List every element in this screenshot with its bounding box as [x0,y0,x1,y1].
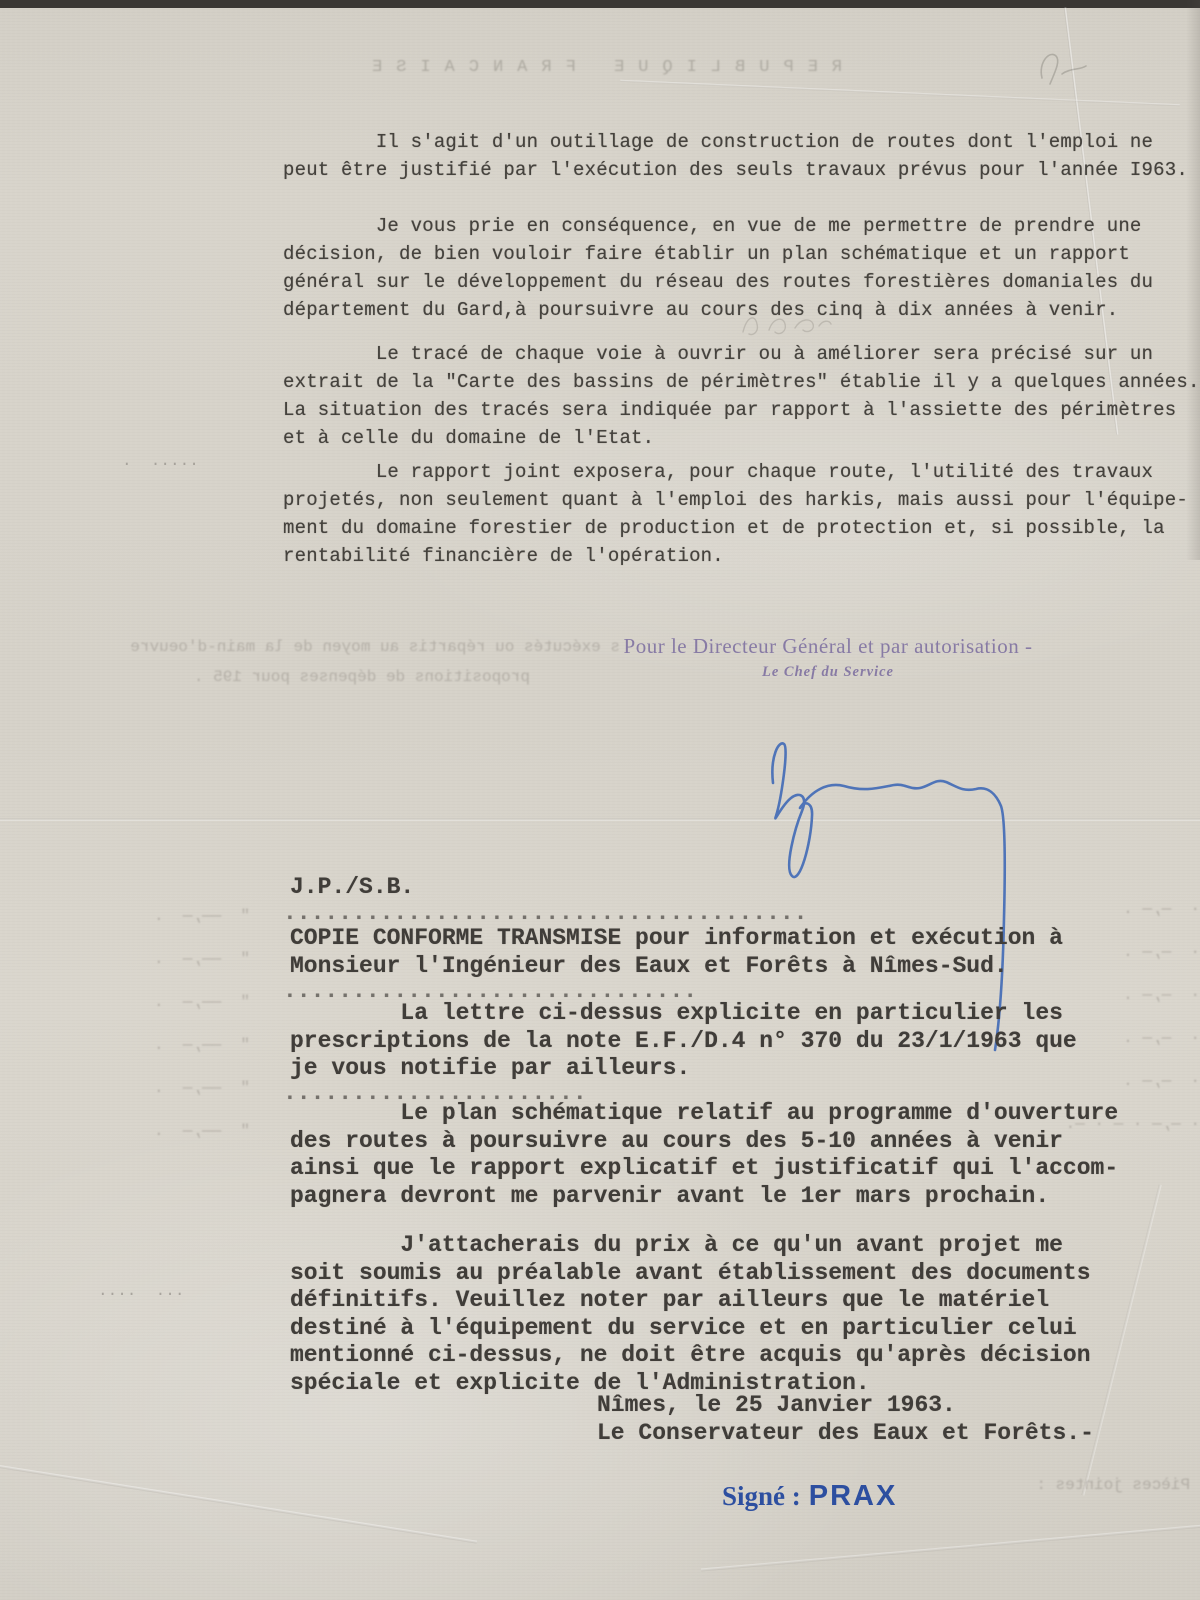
bleedthrough-amount-column-left: " ——,— . " ——,— . " ——,— . " ——,— . " ——… [40,895,250,1153]
paper-crease [0,1459,477,1543]
margin-dots: . ..... [122,452,199,470]
scanned-letter-page: REPUBLIQUE FRANCAISE s exécutés ou répar… [0,0,1200,1600]
bleedthrough-line: propositions de dépenses pour 195 . [90,668,530,686]
paper-edge-shadow [1186,0,1200,560]
paragraph-je-vous-prie: Je vous prie en conséquence, en vue de m… [283,212,1153,324]
signed-stamp-name: PRAX [809,1480,898,1512]
closing-date-signature-block: Nîmes, le 25 Janvier 1963. Le Conservate… [597,1392,1094,1447]
bleedthrough-pieces-jointes: Pièces jointes : [1020,1476,1190,1494]
paper-crease [1081,1184,1161,1495]
paragraph-rapport-joint: Le rapport joint exposera, pour chaque r… [283,458,1188,570]
margin-dots: .... ... [98,1282,184,1300]
paragraph-trace: Le tracé de chaque voie à ouvrir ou à am… [283,340,1200,452]
pencil-mark-icon [1028,44,1098,94]
paragraph-outillage: Il s'agit d'un outillage de construction… [283,128,1188,184]
authorization-stamp: Pour le Directeur Général et par autoris… [618,634,1038,681]
initials: J.P./S.B. [290,874,414,902]
paragraph-plan-schematique: Le plan schématique relatif au programme… [290,1100,1118,1210]
paragraph-copie-conforme: COPIE CONFORME TRANSMISE pour informatio… [290,925,1063,980]
paper-crease [701,1521,1200,1571]
bleedthrough-line: s exécutés ou répartis au moyen de la ma… [0,638,620,656]
paragraph-la-lettre: La lettre ci-dessus explicite en particu… [290,1000,1077,1083]
authorization-stamp-line1: Pour le Directeur Général et par autoris… [618,634,1038,659]
dotted-rule: ...................................... [283,900,808,928]
paragraph-avant-projet: J'attacherais du prix à ce qu'un avant p… [290,1232,1091,1397]
authorization-stamp-line2: Le Chef du Service [618,664,1038,681]
signed-stamp: Signé :PRAX [722,1480,897,1513]
signed-stamp-label: Signé : [722,1481,801,1511]
scanner-edge [0,0,1200,8]
bleedthrough-republique-header: REPUBLIQUE FRANCAISE [300,58,900,77]
